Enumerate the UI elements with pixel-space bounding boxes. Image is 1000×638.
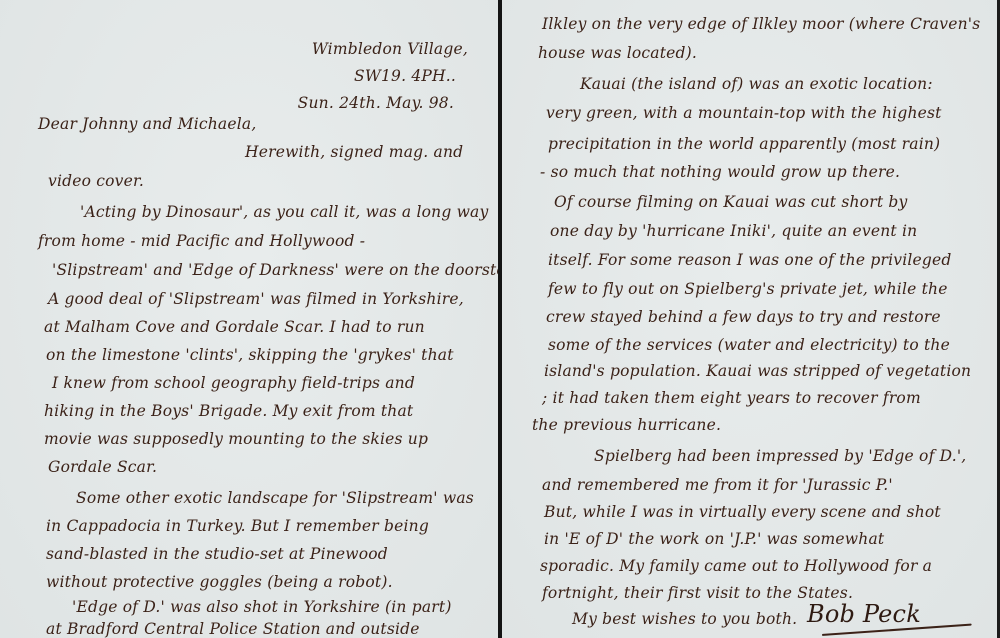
sender-address: Wimbledon Village, SW19. 4PH.. Sun. 24th… bbox=[298, 36, 468, 117]
letter-line: without protective goggles (being a robo… bbox=[46, 573, 393, 591]
signature: Bob Peck bbox=[807, 600, 921, 628]
letter-line: A good deal of 'Slipstream' was filmed i… bbox=[48, 290, 464, 308]
letter-line: in Cappadocia in Turkey. But I remember … bbox=[46, 517, 429, 535]
closing-line: My best wishes to you both. bbox=[572, 610, 797, 628]
letter-line: 'Acting by Dinosaur', as you call it, wa… bbox=[80, 203, 488, 221]
letter-line: hiking in the Boys' Brigade. My exit fro… bbox=[44, 402, 413, 420]
letter-line: the previous hurricane. bbox=[532, 416, 721, 434]
letter-line: 'Edge of D.' was also shot in Yorkshire … bbox=[72, 598, 452, 616]
letter-line: sporadic. My family came out to Hollywoo… bbox=[540, 557, 932, 575]
letter-line: Some other exotic landscape for 'Slipstr… bbox=[76, 489, 474, 507]
letter-line: island's population. Kauai was stripped … bbox=[544, 362, 971, 380]
letter-page-right: Ilkley on the very edge of Ilkley moor (… bbox=[502, 0, 997, 638]
address-line-2: SW19. 4PH.. bbox=[298, 63, 456, 90]
letter-line: movie was supposedly mounting to the ski… bbox=[44, 430, 428, 448]
letter-line: 'Slipstream' and 'Edge of Darkness' were… bbox=[52, 261, 498, 279]
salutation: Dear Johnny and Michaela, bbox=[38, 115, 256, 133]
letter-line: - so much that nothing would grow up the… bbox=[540, 163, 900, 181]
letter-line: Spielberg had been impressed by 'Edge of… bbox=[594, 447, 966, 465]
letter-line: and remembered me from it for 'Jurassic … bbox=[542, 476, 893, 494]
letter-line: But, while I was in virtually every scen… bbox=[544, 503, 941, 521]
letter-spread: Wimbledon Village, SW19. 4PH.. Sun. 24th… bbox=[0, 0, 1000, 638]
letter-line: in 'E of D' the work on 'J.P.' was somew… bbox=[544, 530, 884, 548]
letter-date: Sun. 24th. May. 98. bbox=[298, 90, 454, 117]
letter-line: Kauai (the island of) was an exotic loca… bbox=[580, 75, 933, 93]
letter-line: at Bradford Central Police Station and o… bbox=[46, 620, 420, 638]
letter-line: Of course filming on Kauai was cut short… bbox=[554, 193, 907, 211]
letter-line: sand-blasted in the studio-set at Pinewo… bbox=[46, 545, 388, 563]
letter-line: very green, with a mountain-top with the… bbox=[546, 104, 942, 122]
letter-line: video cover. bbox=[48, 172, 144, 190]
address-line-1: Wimbledon Village, bbox=[298, 36, 468, 63]
letter-line: precipitation in the world apparently (m… bbox=[548, 135, 940, 153]
letter-line: itself. For some reason I was one of the… bbox=[548, 251, 952, 269]
letter-line: crew stayed behind a few days to try and… bbox=[546, 308, 941, 326]
letter-line: Gordale Scar. bbox=[48, 458, 157, 476]
letter-line: one day by 'hurricane Iniki', quite an e… bbox=[550, 222, 917, 240]
letter-line: at Malham Cove and Gordale Scar. I had t… bbox=[44, 318, 425, 336]
letter-line: from home - mid Pacific and Hollywood - bbox=[38, 232, 365, 250]
letter-line: Herewith, signed mag. and bbox=[245, 143, 463, 161]
letter-line: Ilkley on the very edge of Ilkley moor (… bbox=[542, 15, 980, 33]
letter-line: few to fly out on Spielberg's private je… bbox=[548, 280, 948, 298]
letter-line: I knew from school geography field-trips… bbox=[52, 374, 415, 392]
letter-line: on the limestone 'clints', skipping the … bbox=[46, 346, 454, 364]
letter-page-left: Wimbledon Village, SW19. 4PH.. Sun. 24th… bbox=[0, 0, 498, 638]
letter-line: some of the services (water and electric… bbox=[548, 336, 950, 354]
letter-line: house was located). bbox=[538, 44, 697, 62]
letter-line: ; it had taken them eight years to recov… bbox=[542, 389, 921, 407]
